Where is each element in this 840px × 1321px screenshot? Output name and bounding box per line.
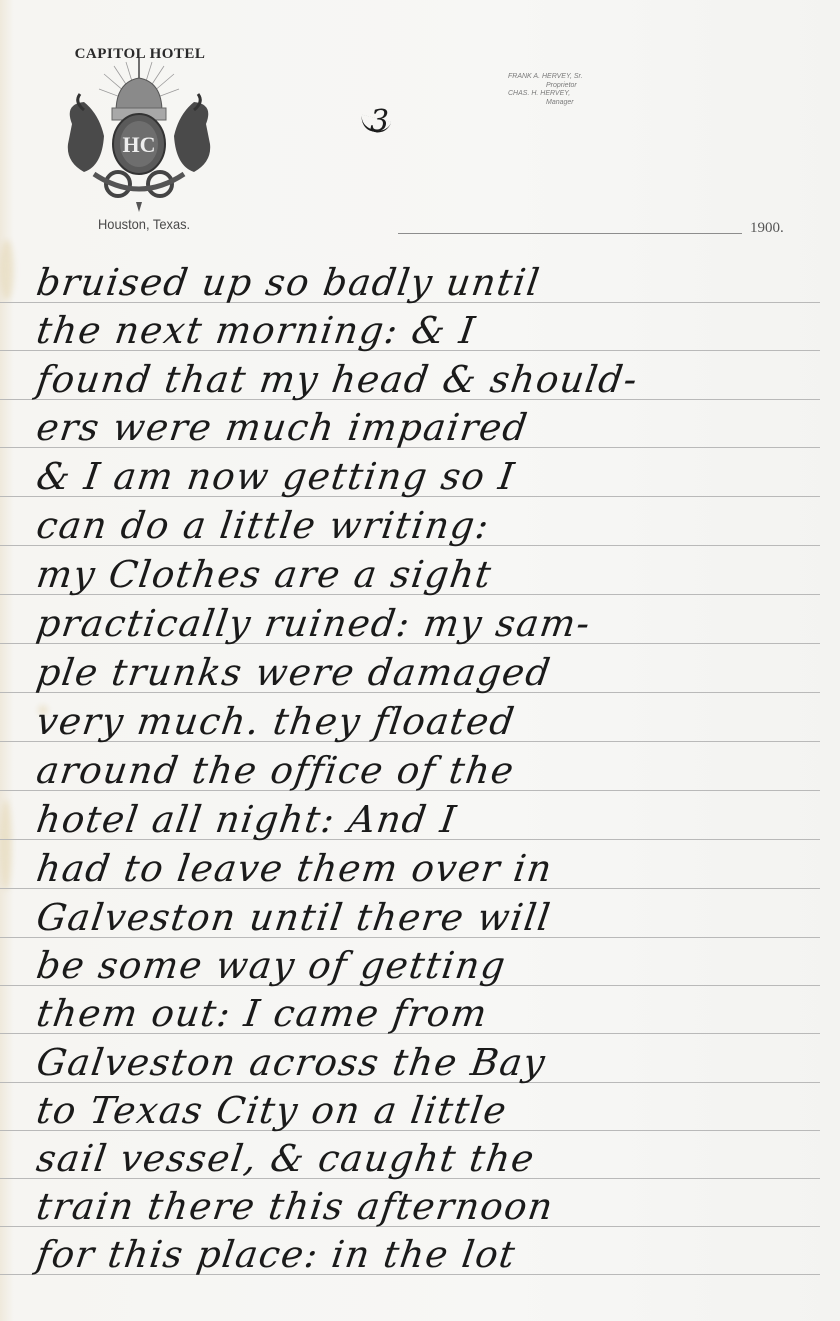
manager-role: Manager: [508, 99, 638, 108]
handwritten-line: for this place: in the lot: [34, 1235, 830, 1275]
proprietors-block: FRANK A. HERVEY, Sr. Proprietor CHAS. H.…: [508, 73, 638, 107]
handwritten-line: the next morning: & I: [34, 311, 830, 351]
handwritten-line: train there this afternoon: [34, 1187, 830, 1227]
handwritten-line: ple trunks were damaged: [34, 653, 830, 693]
paper-stain: [0, 240, 14, 300]
handwritten-line: very much. they floated: [34, 702, 830, 742]
handwritten-line: had to leave them over in: [34, 849, 830, 889]
handwritten-line: my Clothes are a sight: [34, 555, 830, 595]
handwritten-line: can do a little writing:: [34, 506, 830, 546]
paper-stain: [0, 800, 12, 890]
date-line: [398, 233, 742, 234]
date-year: 1900.: [750, 220, 784, 237]
capitol-hotel-emblem-icon: HC: [44, 44, 234, 214]
handwritten-line: Galveston across the Bay: [34, 1043, 830, 1083]
proprietor-role: Proprietor: [508, 82, 638, 91]
handwritten-line: ers were much impaired: [34, 408, 830, 448]
hotel-name: CAPITOL HOTEL: [60, 46, 220, 63]
handwritten-line: sail vessel, & caught the: [34, 1139, 830, 1179]
handwritten-line: Galveston until there will: [34, 898, 830, 938]
handwritten-line: found that my head & should-: [34, 360, 830, 400]
page-number: 3: [370, 104, 389, 139]
proprietor-name: FRANK A. HERVEY, Sr.: [508, 73, 583, 80]
handwritten-line: bruised up so badly until: [34, 263, 830, 303]
handwritten-line: hotel all night: And I: [34, 800, 830, 840]
hotel-city: Houston, Texas.: [98, 216, 190, 232]
handwritten-line: around the office of the: [34, 751, 830, 791]
manager-name: CHAS. H. HERVEY,: [508, 90, 570, 97]
handwritten-line: & I am now getting so I: [34, 457, 830, 497]
letter-page: HC CAPITOL HOTEL Houston, Texas. FRANK A…: [0, 0, 840, 1321]
handwritten-line: practically ruined: my sam-: [34, 604, 830, 644]
handwritten-line: be some way of getting: [34, 946, 830, 986]
svg-text:HC: HC: [123, 132, 156, 157]
handwritten-line: them out: I came from: [34, 994, 830, 1034]
handwritten-line: to Texas City on a little: [34, 1091, 830, 1131]
